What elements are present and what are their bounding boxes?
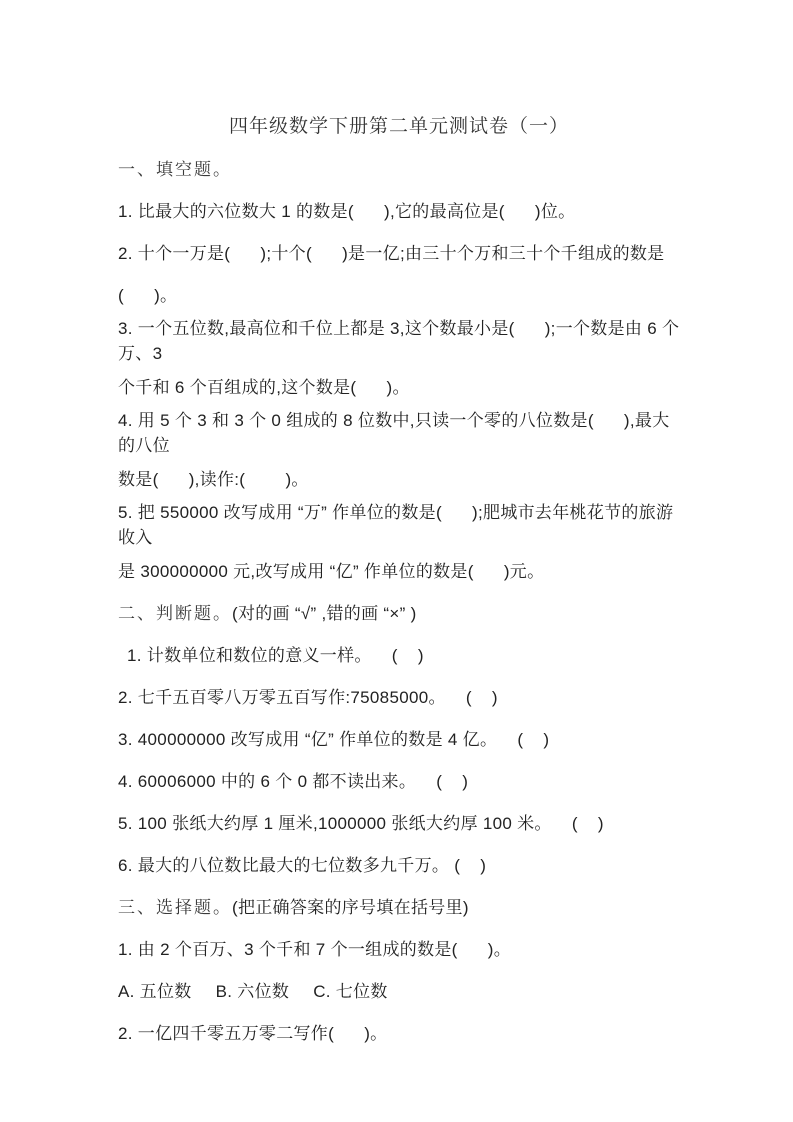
question-line-continuation: 个千和 6 个百组成的,这个数是( )。 [118, 364, 680, 406]
section-heading-multiple-choice: 三、选择题。 (把正确答案的序号填在括号里) [118, 884, 680, 926]
choice-option-b: B. 六位数 [216, 977, 290, 1002]
section-heading-label: 三、选择题。 [118, 893, 232, 918]
question-line: 4. 60006000 中的 6 个 0 都不读出来。 ( ) [118, 758, 680, 800]
question-line: 5. 把 550000 改写成用 “万” 作单位的数是( );肥城市去年桃花节的… [118, 498, 680, 548]
choice-options-row: A. 五位数 B. 六位数 C. 七位数 [118, 968, 680, 1010]
section-heading-label: 一、填空题。 [118, 155, 232, 180]
question-line: 4. 用 5 个 3 和 3 个 0 组成的 8 位数中,只读一个零的八位数是(… [118, 406, 680, 456]
question-line: 2. 一亿四千零五万零二写作( )。 [118, 1010, 680, 1052]
choice-option-a: A. 五位数 [118, 977, 192, 1002]
page-title: 四年级数学下册第二单元测试卷（一） [118, 102, 680, 146]
section-heading-note: (把正确答案的序号填在括号里) [232, 893, 469, 918]
question-line: 3. 400000000 改写成用 “亿” 作单位的数是 4 亿。 ( ) [118, 716, 680, 758]
question-line-continuation: 是 300000000 元,改写成用 “亿” 作单位的数是( )元。 [118, 548, 680, 590]
question-line: 2. 七千五百零八万零五百写作:75085000。 ( ) [118, 674, 680, 716]
question-line: 3. 一个五位数,最高位和千位上都是 3,这个数最小是( );一个数是由 6 个… [118, 314, 680, 364]
question-line-continuation: 数是( ),读作:( )。 [118, 456, 680, 498]
question-line: 1. 计数单位和数位的意义一样。 ( ) [118, 632, 680, 674]
section-heading-fill-in: 一、填空题。 [118, 146, 680, 188]
question-line: 1. 由 2 个百万、3 个千和 7 个一组成的数是( )。 [118, 926, 680, 968]
question-line: 6. 最大的八位数比最大的七位数多九千万。 ( ) [118, 842, 680, 884]
document-content: 四年级数学下册第二单元测试卷（一） 一、填空题。 1. 比最大的六位数大 1 的… [118, 102, 680, 1052]
choice-option-c: C. 七位数 [313, 977, 388, 1002]
section-heading-note: (对的画 “√” ,错的画 “×” ) [232, 599, 417, 624]
question-line: 2. 十个一万是( );十个( )是一亿;由三十个万和三十个千组成的数是 [118, 230, 680, 272]
section-heading-label: 二、判断题。 [118, 599, 232, 624]
section-heading-true-false: 二、判断题。 (对的画 “√” ,错的画 “×” ) [118, 590, 680, 632]
test-paper-page: 四年级数学下册第二单元测试卷（一） 一、填空题。 1. 比最大的六位数大 1 的… [0, 0, 793, 1122]
question-line-continuation: ( )。 [118, 272, 680, 314]
question-line: 5. 100 张纸大约厚 1 厘米,1000000 张纸大约厚 100 米。 (… [118, 800, 680, 842]
question-line: 1. 比最大的六位数大 1 的数是( ),它的最高位是( )位。 [118, 188, 680, 230]
